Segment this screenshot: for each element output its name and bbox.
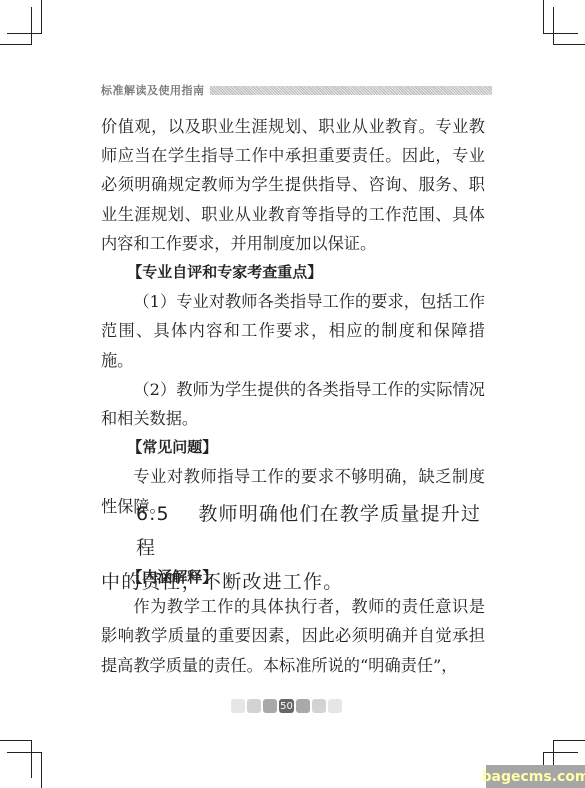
pager-block bbox=[328, 699, 342, 713]
crop-mark-top-right bbox=[553, 7, 554, 45]
crop-mark-top-right bbox=[553, 44, 585, 45]
crop-mark-top-left bbox=[7, 33, 42, 34]
crop-mark-top-right bbox=[543, 0, 544, 34]
crop-mark-bottom-left bbox=[31, 740, 32, 778]
list-item: （2）教师为学生提供的各类指导工作的实际情况和相关数据。 bbox=[101, 375, 485, 433]
running-header: 标准解读及使用指南 bbox=[101, 83, 492, 97]
paragraph: 作为教学工作的具体执行者，教师的责任意识是影响教学质量的重要因素，因此必须明确并… bbox=[101, 592, 485, 680]
pager-block bbox=[231, 699, 245, 713]
pager-block bbox=[247, 699, 261, 713]
heading-review-focus: 【专业自评和专家考查重点】 bbox=[101, 258, 485, 287]
crop-mark-top-left bbox=[41, 0, 42, 34]
crop-mark-top-right bbox=[543, 33, 578, 34]
section-title-line1: 教师明确他们在教学质量提升过程 bbox=[136, 503, 481, 559]
page-number: 50 bbox=[279, 699, 294, 713]
heading-common-problems: 【常见问题】 bbox=[101, 433, 485, 462]
crop-mark-bottom-left bbox=[0, 740, 32, 741]
page-footer: 50 bbox=[231, 699, 342, 713]
crop-mark-top-left bbox=[0, 44, 32, 45]
list-item: （1）专业对教师各类指导工作的要求，包括工作范围、具体内容和工作要求，相应的制度… bbox=[101, 287, 485, 375]
body-text: 价值观，以及职业生涯规划、职业从业教育。专业教师应当在学生指导工作中承担重要责任… bbox=[101, 112, 485, 521]
pager-block bbox=[296, 699, 310, 713]
crop-mark-bottom-right bbox=[543, 752, 578, 753]
heading-meaning: 【内涵解释】 bbox=[101, 563, 485, 592]
crop-mark-top-left bbox=[31, 7, 32, 45]
pager-block bbox=[312, 699, 326, 713]
section-number: 6.5 bbox=[136, 503, 170, 525]
section-body: 【内涵解释】 作为教学工作的具体执行者，教师的责任意识是影响教学质量的重要因素，… bbox=[101, 563, 485, 680]
watermark: bagecms.com bbox=[486, 765, 585, 788]
crop-mark-bottom-left bbox=[41, 752, 42, 788]
paragraph: 价值观，以及职业生涯规划、职业从业教育。专业教师应当在学生指导工作中承担重要责任… bbox=[101, 112, 485, 258]
pager-block bbox=[263, 699, 277, 713]
header-rule bbox=[210, 86, 493, 95]
crop-mark-bottom-left bbox=[7, 752, 42, 753]
header-title: 标准解读及使用指南 bbox=[101, 82, 205, 98]
crop-mark-bottom-right bbox=[553, 740, 585, 741]
